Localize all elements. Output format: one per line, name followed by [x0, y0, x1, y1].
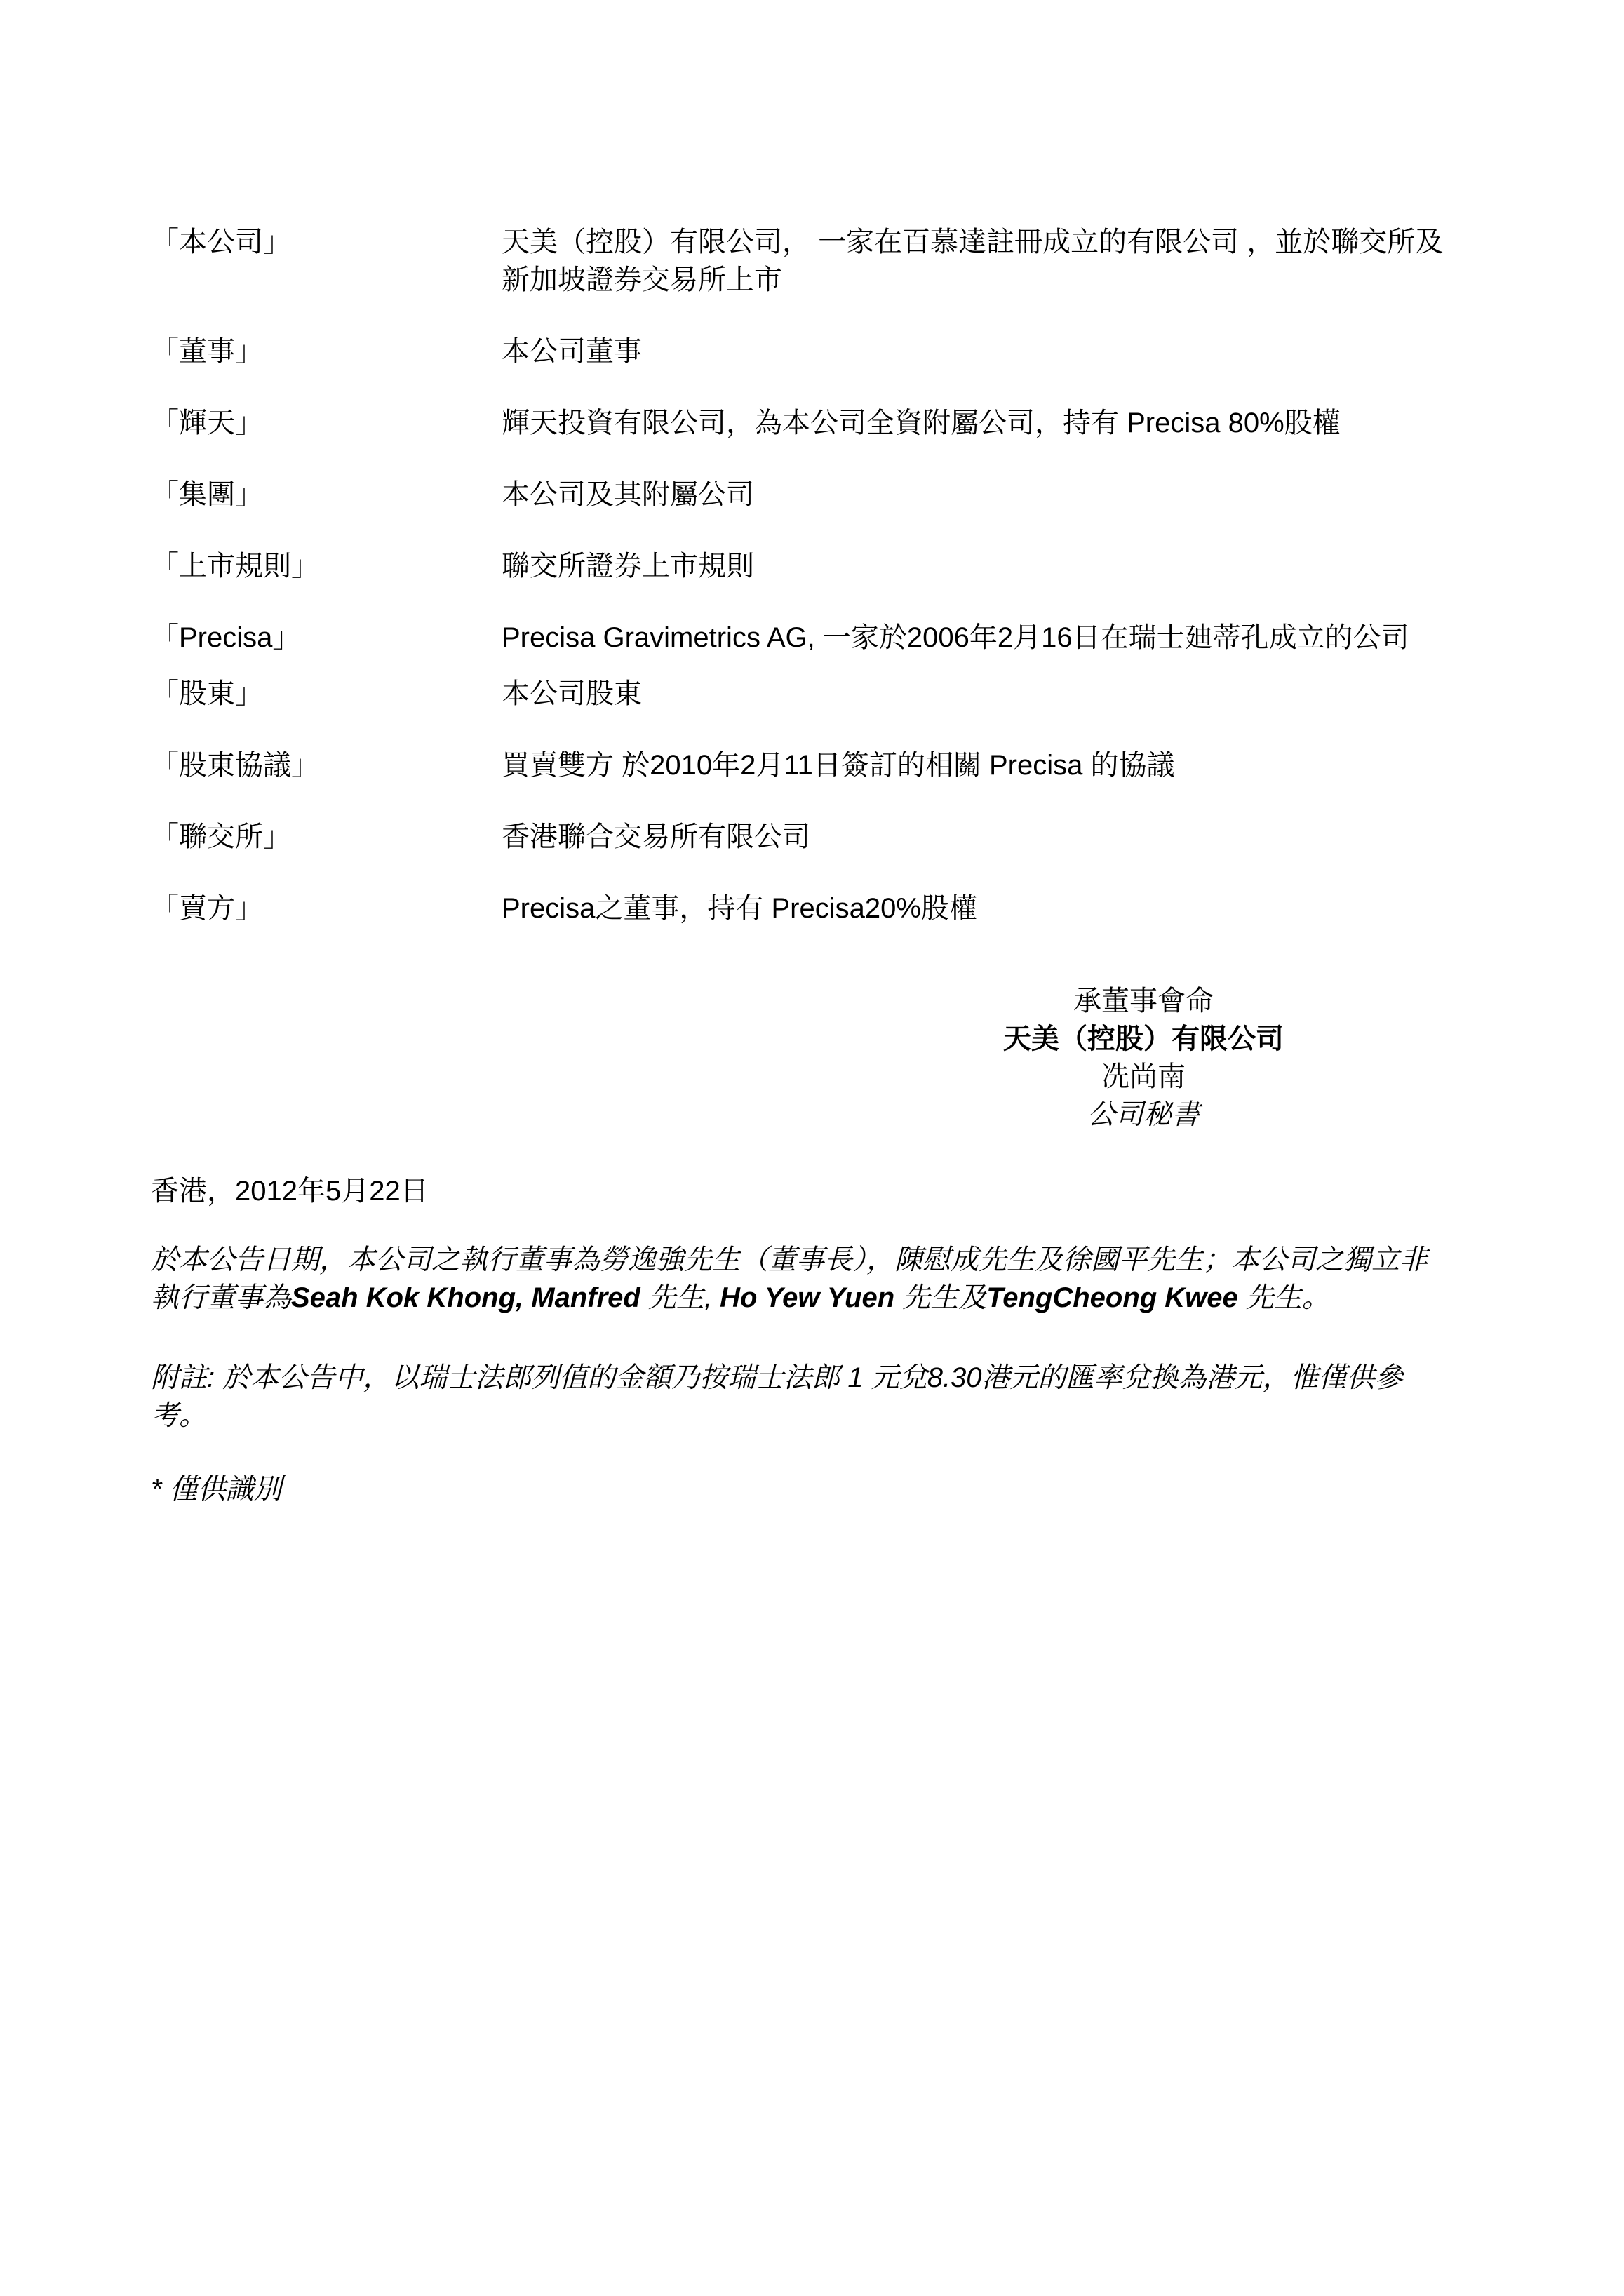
secretary-name: 冼尚南 [828, 1058, 1459, 1096]
definition-term: 「賣方」 [151, 889, 502, 927]
signature-block: 承董事會命 天美（控股）有限公司 冼尚南 公司秘書 [828, 982, 1459, 1134]
definition-term: 「本公司」 [151, 223, 502, 261]
definition-row-group: 「集團」 本公司及其附屬公司 [151, 476, 1477, 513]
definition-term: 「Precisa」 [151, 619, 502, 657]
directors-note: 於本公告日期，本公司之執行董事為勞逸強先生（董事長），陳慰成先生及徐國平先生；本… [151, 1241, 1452, 1317]
identification-note: * 僅供識別 [151, 1470, 1477, 1508]
place-and-date: 香港，2012年5月22日 [151, 1172, 1477, 1210]
definition-text: Precisa之董事，持有 Precisa20%股權 [502, 889, 1456, 927]
exchange-rate-note: 附註: 於本公告中，以瑞士法郎列值的金額乃按瑞士法郎 1 元兌8.30港元的匯率… [151, 1359, 1452, 1435]
definition-text: 聯交所證券上市規則 [502, 547, 1456, 585]
definition-row-vendors: 「賣方」 Precisa之董事，持有 Precisa20%股權 [151, 889, 1477, 927]
definition-row-stock-exchange: 「聯交所」 香港聯合交易所有限公司 [151, 818, 1477, 856]
definition-row-directors: 「董事」 本公司董事 [151, 333, 1477, 370]
signature-company-name: 天美（控股）有限公司 [828, 1020, 1459, 1058]
definition-text: 買賣雙方 於2010年2月11日簽訂的相關 Precisa 的協議 [502, 746, 1456, 784]
definition-row-shareholders: 「股東」 本公司股東 [151, 675, 1477, 713]
definition-term: 「股東協議」 [151, 746, 502, 784]
definition-row-listing-rules: 「上市規則」 聯交所證券上市規則 [151, 547, 1477, 585]
definition-term: 「集團」 [151, 476, 502, 513]
definition-text: 香港聯合交易所有限公司 [502, 818, 1456, 856]
definition-row-precisa: 「Precisa」 Precisa Gravimetrics AG, 一家於20… [151, 619, 1477, 657]
definition-text: 本公司董事 [502, 333, 1456, 370]
definition-row-faithful: 「輝天」 輝天投資有限公司，為本公司全資附屬公司，持有 Precisa 80%股… [151, 404, 1477, 442]
definition-text: 輝天投資有限公司，為本公司全資附屬公司，持有 Precisa 80%股權 [502, 404, 1456, 442]
definition-text: Precisa Gravimetrics AG, 一家於2006年2月16日在瑞… [502, 619, 1456, 657]
definition-text: 本公司股東 [502, 675, 1456, 713]
by-order-of-board: 承董事會命 [828, 982, 1459, 1020]
definition-term: 「董事」 [151, 333, 502, 370]
definition-row-company: 「本公司」 天美（控股）有限公司， 一家在百慕達註冊成立的有限公司 ，並於聯交所… [151, 223, 1477, 299]
definition-row-shareholders-agreement: 「股東協議」 買賣雙方 於2010年2月11日簽訂的相關 Precisa 的協議 [151, 746, 1477, 784]
announcement-page: 「本公司」 天美（控股）有限公司， 一家在百慕達註冊成立的有限公司 ，並於聯交所… [0, 0, 1624, 1508]
definition-term: 「上市規則」 [151, 547, 502, 585]
definition-term: 「輝天」 [151, 404, 502, 442]
definitions-list: 「本公司」 天美（控股）有限公司， 一家在百慕達註冊成立的有限公司 ，並於聯交所… [151, 223, 1477, 927]
definition-text: 本公司及其附屬公司 [502, 476, 1456, 513]
definition-term: 「聯交所」 [151, 818, 502, 856]
definition-term: 「股東」 [151, 675, 502, 713]
secretary-title: 公司秘書 [828, 1096, 1459, 1134]
definition-text: 天美（控股）有限公司， 一家在百慕達註冊成立的有限公司 ，並於聯交所及新加坡證券… [502, 223, 1456, 299]
